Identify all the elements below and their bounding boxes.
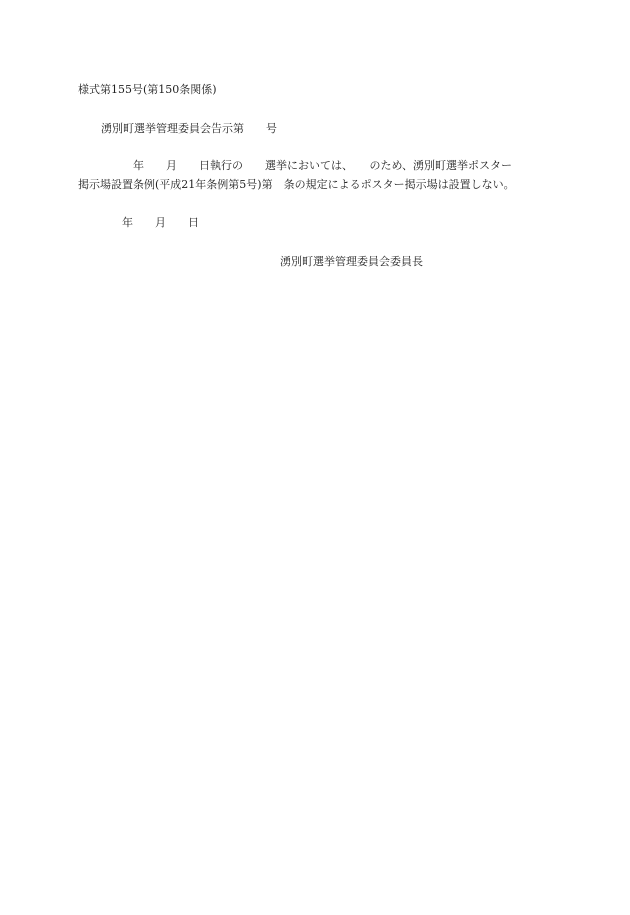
signature: 湧別町選挙管理委員会委員長: [280, 255, 423, 269]
notice-title: 湧別町選挙管理委員会告示第 号: [101, 122, 277, 136]
body-text-line-2: 掲示場設置条例(平成21年条例第5号)第 条の規定によるポスター掲示場は設置しな…: [78, 178, 515, 192]
body-text-line-1: 年 月 日執行の 選挙においては、 のため、湧別町選挙ポスター: [78, 159, 512, 173]
date-line: 年 月 日: [78, 216, 199, 230]
document-page: 様式第155号(第150条関係) 湧別町選挙管理委員会告示第 号 年 月 日執行…: [0, 0, 630, 915]
form-number: 様式第155号(第150条関係): [78, 83, 217, 97]
